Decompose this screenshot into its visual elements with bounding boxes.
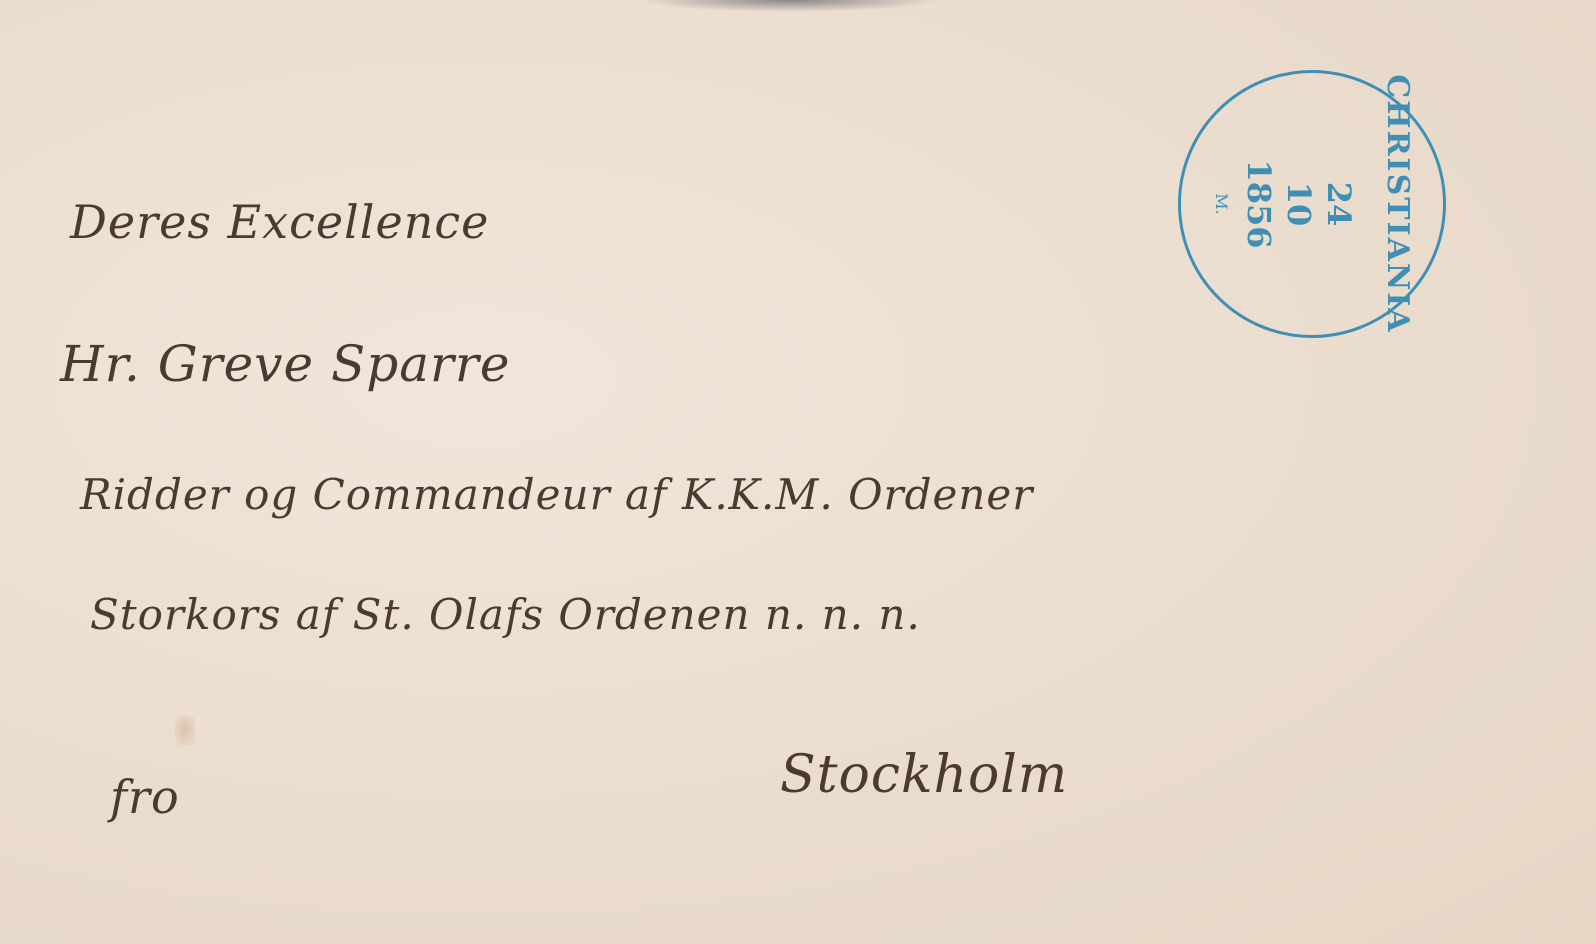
postmark-time: M. [1212,73,1231,335]
address-title-1: Ridder og Commandeur af K.K.M. Ordener [80,470,1033,519]
envelope: CHRISTIANIA 24 10 1856 M. Deres Excellen… [0,0,1596,944]
address-salutation: Deres Excellence [70,195,489,249]
postmark-month: 10 [1280,73,1318,335]
address-name: Hr. Greve Sparre [60,335,510,393]
destination-city: Stockholm [780,745,1068,805]
address-title-2: Storkors af St. Olafs Ordenen n. n. n. [90,590,921,639]
stain [175,715,195,745]
franking-note: fro [110,770,180,824]
postmark-year: 1856 [1240,73,1278,335]
postmark-stamp: CHRISTIANIA 24 10 1856 M. [1178,70,1446,338]
postmark-town: CHRISTIANIA [1380,73,1415,335]
postmark-day: 24 [1320,73,1358,335]
shadow [640,0,940,12]
